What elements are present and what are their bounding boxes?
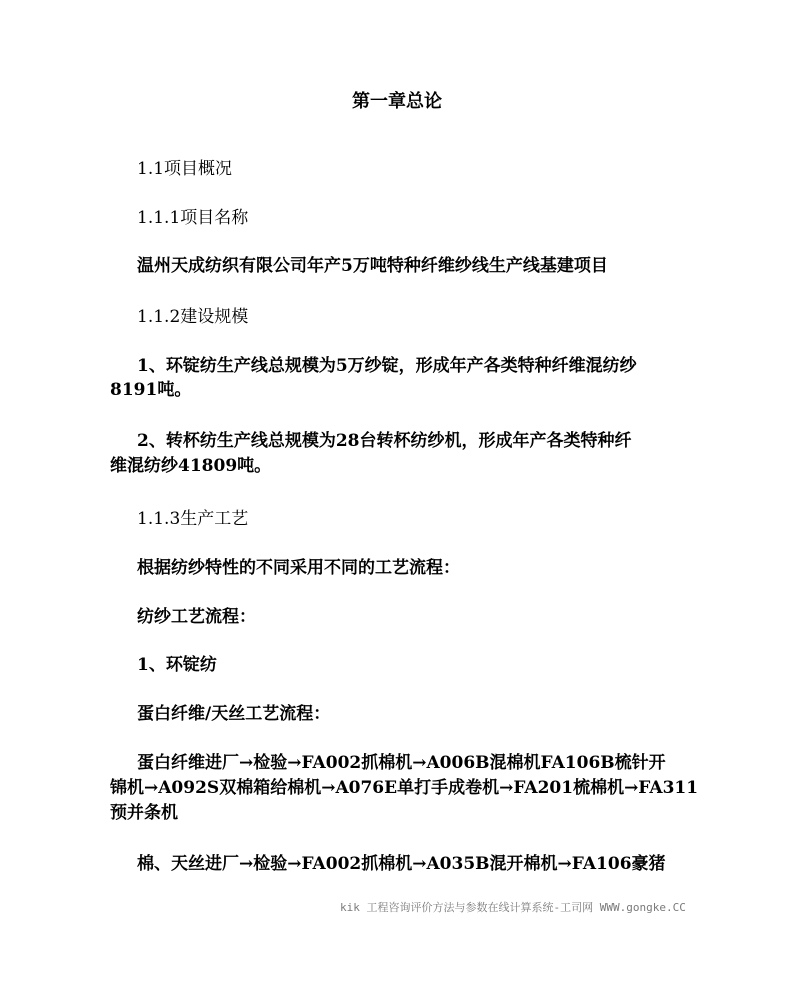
chapter-title: 第一章总论 — [0, 90, 794, 114]
paragraph-flow-line3: 预并条机 — [110, 802, 178, 824]
paragraph-scale-2-line2: 维混纺纱41809吨。 — [110, 455, 271, 477]
paragraph-cotton-flow: 棉、天丝进厂→检验→FA002抓棉机→A035B混开棉机→FA106豪猪 — [137, 853, 666, 875]
section-heading-1-1: 1.1项目概况 — [137, 158, 232, 180]
paragraph-scale-1-line1: 1、环锭纺生产线总规模为5万纱锭，形成年产各类特种纤维混纺纱 — [137, 355, 637, 377]
paragraph-flow-line1: 蛋白纤维进厂→检验→FA002抓棉机→A006B混棉机FA106B梳针开 — [137, 752, 666, 774]
section-heading-1-1-3: 1.1.3生产工艺 — [137, 508, 248, 530]
paragraph-project-name: 温州天成纺织有限公司年产5万吨特种纤维纱线生产线基建项目 — [137, 255, 608, 277]
paragraph-process-intro: 根据纺纱特性的不同采用不同的工艺流程： — [137, 557, 460, 579]
section-heading-1-1-1: 1.1.1项目名称 — [137, 207, 248, 229]
paragraph-spinning-process: 纺纱工艺流程： — [137, 606, 256, 628]
footer-watermark: kik 工程咨询评价方法与参数在线计算系统-工司网 WWW.gongke.CC — [340, 899, 686, 917]
paragraph-ring-spinning: 1、环锭纺 — [137, 654, 217, 676]
paragraph-protein-fiber-process: 蛋白纤维/天丝工艺流程： — [137, 703, 330, 725]
paragraph-flow-line2: 锦机→A092S双棉箱给棉机→A076E单打手成卷机→FA201梳棉机→FA31… — [110, 777, 698, 799]
paragraph-scale-2-line1: 2、转杯纺生产线总规模为28台转杯纺纱机，形成年产各类特种纤 — [137, 430, 632, 452]
section-heading-1-1-2: 1.1.2建设规模 — [137, 306, 248, 328]
document-page: 第一章总论 1.1项目概况 1.1.1项目名称 温州天成纺织有限公司年产5万吨特… — [0, 0, 794, 983]
paragraph-scale-1-line2: 8191吨。 — [110, 379, 191, 401]
